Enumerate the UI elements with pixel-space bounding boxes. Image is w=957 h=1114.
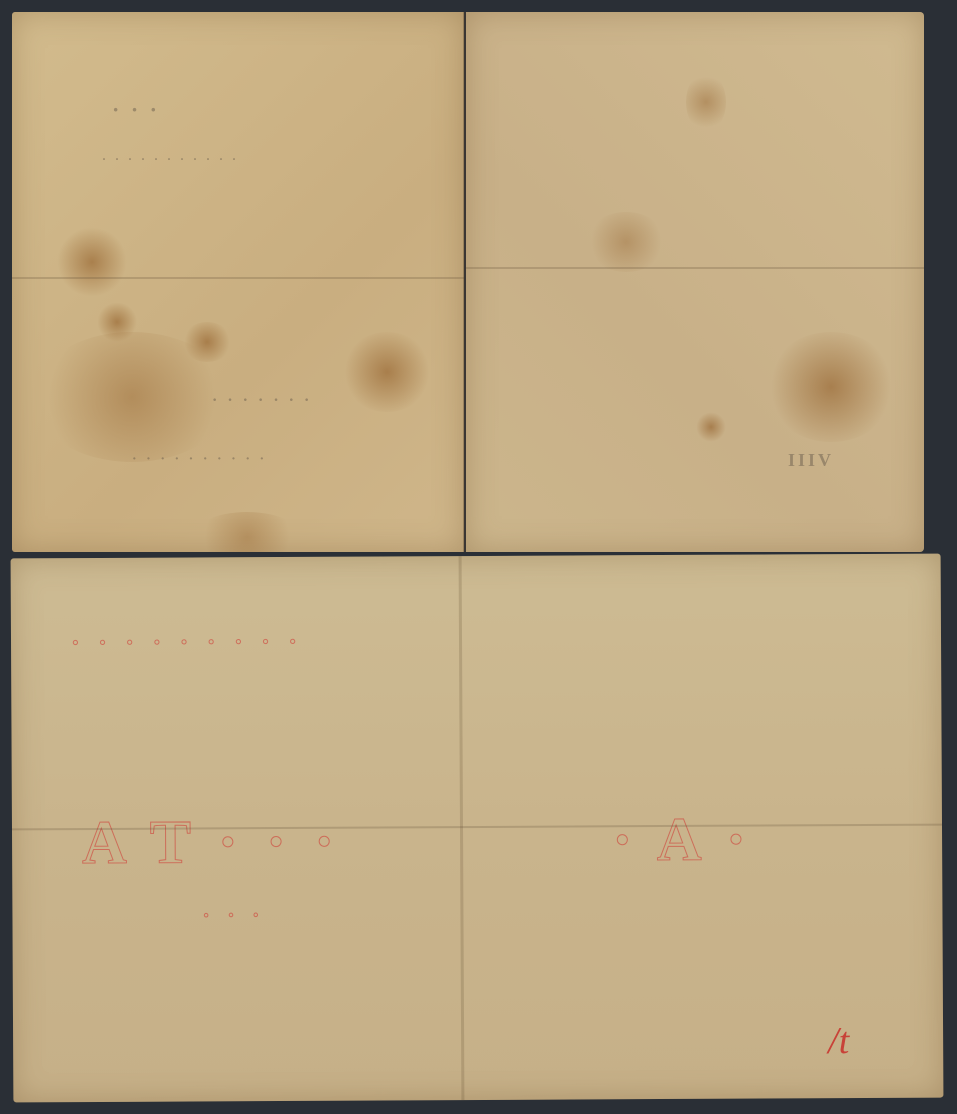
stain: [192, 512, 302, 552]
crease: [12, 277, 464, 279]
red-small-text: · · ·: [202, 902, 265, 928]
stain: [182, 322, 232, 362]
stain: [342, 332, 432, 412]
red-large-text-left: A T · · ·: [82, 807, 341, 879]
faint-text: · · ·: [112, 97, 160, 123]
banknote-upper-left-panel: · · · · · · · · · · · · · · · · · · · · …: [12, 12, 464, 552]
stain: [586, 212, 666, 272]
red-header-text: · · · · · · · · ·: [71, 627, 303, 658]
stain: [766, 332, 896, 442]
red-large-text-right: · A ·: [612, 805, 753, 877]
crease: [466, 267, 924, 269]
banknote-upper-right-panel: IIIV: [466, 12, 924, 552]
red-signature-mark: /t: [828, 1019, 849, 1063]
faint-text: · · · · · · · · · ·: [132, 452, 267, 468]
stain: [57, 227, 127, 297]
photo-background: · · · · · · · · · · · · · · · · · · · · …: [0, 0, 957, 1114]
serial-fragment: IIIV: [788, 450, 834, 471]
stain: [686, 72, 726, 132]
stain: [696, 412, 726, 442]
banknote-lower-panel: · · · · · · · · · A T · · · · A · · · · …: [11, 554, 944, 1103]
center-fold: [463, 12, 466, 552]
faint-text: · · · · · · ·: [212, 392, 312, 410]
faint-text: · · · · · · · · · · ·: [102, 152, 239, 167]
